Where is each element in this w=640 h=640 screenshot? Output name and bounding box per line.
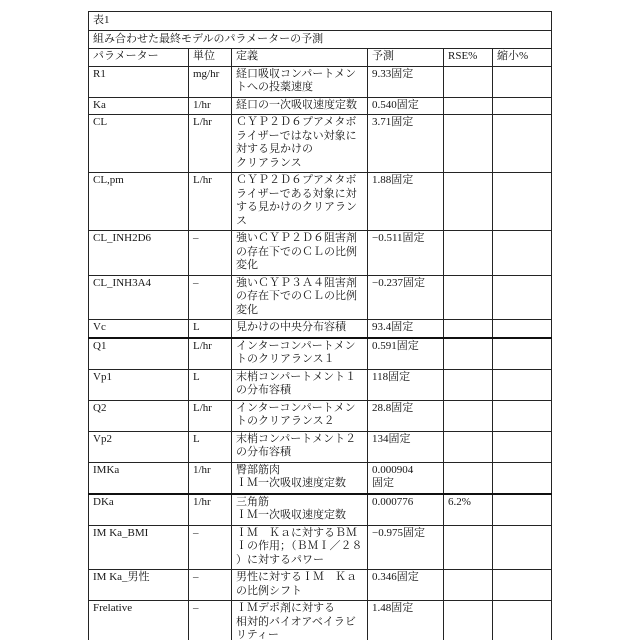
rse-cell [444,320,493,338]
definition-cell: 経口吸収コンパートメン トへの投薬速度 [232,66,368,97]
rse-cell [444,66,493,97]
col-header-definition: 定義 [232,49,368,67]
parameter-name-cell: IM Ka_BMI [89,525,189,570]
unit-cell: – [189,601,232,640]
definition-cell: ＩＭ Ｋａに対するＢＭ Ｉの作用；（ＢＭＩ／２８ ）に対するパワー [232,525,368,570]
parameter-name-cell: Vp2 [89,431,189,462]
col-header-unit: 単位 [189,49,232,67]
definition-cell: 見かけの中央分布容積 [232,320,368,338]
rse-cell [444,97,493,115]
shrinkage-cell [493,525,552,570]
rse-cell [444,462,493,494]
col-header-rse: RSE% [444,49,493,67]
estimate-cell: 134固定 [368,431,444,462]
shrinkage-cell [493,494,552,526]
estimate-cell: −0.975固定 [368,525,444,570]
estimate-cell: −0.237固定 [368,275,444,320]
table-title: 表1 [89,12,552,31]
estimate-cell: 0.540固定 [368,97,444,115]
table-row: Frelative–ＩＭデポ剤に対する 相対的バイオアベイラビ リティー1.48… [89,601,552,640]
table-row: IMKa1/hr臀部筋肉 ＩＭ一次吸収速度定数0.000904 固定 [89,462,552,494]
unit-cell: L/hr [189,115,232,173]
parameter-name-cell: DKa [89,494,189,526]
rse-cell [444,525,493,570]
table-row: DKa1/hr三角筋 ＩＭ一次吸収速度定数0.0007766.2% [89,494,552,526]
estimate-cell: 1.48固定 [368,601,444,640]
unit-cell: L/hr [189,338,232,370]
definition-cell: 強いＣＹＰ２Ｄ６阻害剤 の存在下でのＣＬの比例 変化 [232,231,368,276]
shrinkage-cell [493,173,552,231]
table-row: CL_INH2D6–強いＣＹＰ２Ｄ６阻害剤 の存在下でのＣＬの比例 変化−0.5… [89,231,552,276]
estimate-cell: 3.71固定 [368,115,444,173]
table-row: CL_INH3A4–強いＣＹＰ３Ａ４阻害剤 の存在下でのＣＬの比例 変化−0.2… [89,275,552,320]
definition-cell: 男性に対するＩＭ Ｋａ の比例シフト [232,570,368,601]
shrinkage-cell [493,570,552,601]
table-title-row: 表1 [89,12,552,31]
parameter-name-cell: Vp1 [89,369,189,400]
col-header-parameter: パラメーター [89,49,189,67]
definition-cell: ＣＹＰ２Ｄ６プアメタボ ライザーではない対象に 対する見かけの クリアランス [232,115,368,173]
definition-cell: ＩＭデポ剤に対する 相対的バイオアベイラビ リティー [232,601,368,640]
parameter-name-cell: IM Ka_男性 [89,570,189,601]
definition-cell: 末梢コンパートメント２ の分布容積 [232,431,368,462]
definition-cell: インターコンパートメン トのクリアランス２ [232,400,368,431]
rse-cell [444,115,493,173]
estimate-cell: 9.33固定 [368,66,444,97]
unit-cell: L [189,369,232,400]
shrinkage-cell [493,338,552,370]
table-row: Vp2L末梢コンパートメント２ の分布容積134固定 [89,431,552,462]
unit-cell: L [189,320,232,338]
unit-cell: – [189,525,232,570]
rse-cell [444,601,493,640]
estimate-cell: 0.346固定 [368,570,444,601]
rse-cell [444,173,493,231]
table-row: VcL見かけの中央分布容積93.4固定 [89,320,552,338]
table-row: IM Ka_BMI–ＩＭ Ｋａに対するＢＭ Ｉの作用；（ＢＭＩ／２８ ）に対する… [89,525,552,570]
estimate-cell: 0.591固定 [368,338,444,370]
document-page: 表1 組み合わせた最終モデルのパラメーターの予測 パラメーター 単位 定義 予測… [0,0,640,640]
definition-cell: インターコンパートメン トのクリアランス１ [232,338,368,370]
shrinkage-cell [493,431,552,462]
rse-cell [444,570,493,601]
table-row: IM Ka_男性–男性に対するＩＭ Ｋａ の比例シフト0.346固定 [89,570,552,601]
unit-cell: 1/hr [189,97,232,115]
table-body: R1mg/hr経口吸収コンパートメン トへの投薬速度9.33固定Ka1/hr経口… [89,66,552,640]
table-row: Q2L/hrインターコンパートメン トのクリアランス２28.8固定 [89,400,552,431]
unit-cell: – [189,570,232,601]
parameter-name-cell: Frelative [89,601,189,640]
unit-cell: L/hr [189,173,232,231]
unit-cell: L/hr [189,400,232,431]
shrinkage-cell [493,275,552,320]
parameter-name-cell: Q1 [89,338,189,370]
unit-cell: 1/hr [189,494,232,526]
parameter-name-cell: CL_INH3A4 [89,275,189,320]
shrinkage-cell [493,601,552,640]
table-row: CLL/hrＣＹＰ２Ｄ６プアメタボ ライザーではない対象に 対する見かけの クリ… [89,115,552,173]
rse-cell [444,400,493,431]
rse-cell [444,369,493,400]
shrinkage-cell [493,400,552,431]
parameter-name-cell: Ka [89,97,189,115]
parameter-name-cell: CL [89,115,189,173]
definition-cell: 末梢コンパートメント１ の分布容積 [232,369,368,400]
unit-cell: mg/hr [189,66,232,97]
estimate-cell: 0.000776 [368,494,444,526]
rse-cell [444,431,493,462]
definition-cell: 強いＣＹＰ３Ａ４阻害剤 の存在下でのＣＬの比例 変化 [232,275,368,320]
estimate-cell: 0.000904 固定 [368,462,444,494]
shrinkage-cell [493,66,552,97]
table-row: R1mg/hr経口吸収コンパートメン トへの投薬速度9.33固定 [89,66,552,97]
definition-cell: 経口の一次吸収速度定数 [232,97,368,115]
table-subtitle: 組み合わせた最終モデルのパラメーターの予測 [89,30,552,49]
parameter-table: 表1 組み合わせた最終モデルのパラメーターの予測 パラメーター 単位 定義 予測… [88,11,552,640]
table-subtitle-row: 組み合わせた最終モデルのパラメーターの予測 [89,30,552,49]
parameter-name-cell: CL_INH2D6 [89,231,189,276]
shrinkage-cell [493,462,552,494]
column-header-row: パラメーター 単位 定義 予測 RSE% 縮小% [89,49,552,67]
rse-cell: 6.2% [444,494,493,526]
unit-cell: L [189,431,232,462]
table-row: CL,pmL/hrＣＹＰ２Ｄ６プアメタボ ライザーである対象に対 する見かけのク… [89,173,552,231]
shrinkage-cell [493,115,552,173]
table-row: Ka1/hr経口の一次吸収速度定数0.540固定 [89,97,552,115]
unit-cell: – [189,231,232,276]
rse-cell [444,275,493,320]
parameter-name-cell: Vc [89,320,189,338]
estimate-cell: 93.4固定 [368,320,444,338]
rse-cell [444,338,493,370]
shrinkage-cell [493,320,552,338]
estimate-cell: 118固定 [368,369,444,400]
col-header-estimate: 予測 [368,49,444,67]
estimate-cell: −0.511固定 [368,231,444,276]
parameter-name-cell: R1 [89,66,189,97]
rse-cell [444,231,493,276]
unit-cell: 1/hr [189,462,232,494]
definition-cell: 臀部筋肉 ＩＭ一次吸収速度定数 [232,462,368,494]
shrinkage-cell [493,231,552,276]
definition-cell: 三角筋 ＩＭ一次吸収速度定数 [232,494,368,526]
table-row: Vp1L末梢コンパートメント１ の分布容積118固定 [89,369,552,400]
parameter-name-cell: CL,pm [89,173,189,231]
table-row: Q1L/hrインターコンパートメン トのクリアランス１0.591固定 [89,338,552,370]
definition-cell: ＣＹＰ２Ｄ６プアメタボ ライザーである対象に対 する見かけのクリアラン ス [232,173,368,231]
col-header-shrinkage: 縮小% [493,49,552,67]
parameter-name-cell: Q2 [89,400,189,431]
estimate-cell: 1.88固定 [368,173,444,231]
estimate-cell: 28.8固定 [368,400,444,431]
shrinkage-cell [493,97,552,115]
unit-cell: – [189,275,232,320]
parameter-name-cell: IMKa [89,462,189,494]
shrinkage-cell [493,369,552,400]
